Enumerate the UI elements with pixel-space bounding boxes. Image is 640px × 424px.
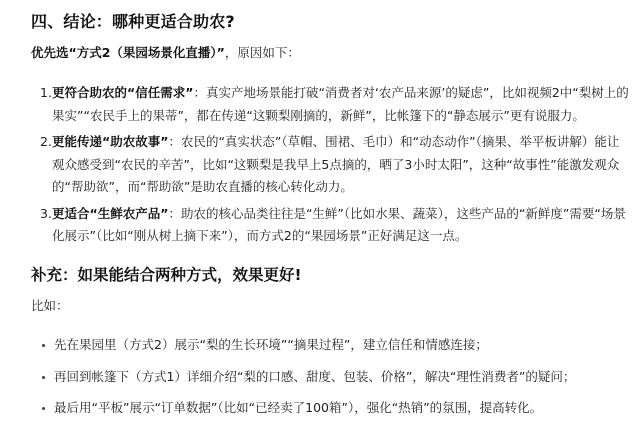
supplement-heading: 补充：如果能结合两种方式，效果更好! xyxy=(31,263,302,285)
bullet-icon xyxy=(42,344,45,347)
lead-paragraph: 优先选“方式2（果园场景化直播）”，原因如下： xyxy=(31,43,300,61)
step-item: 最后用“平板”展示“订单数据”（比如“已经卖了100箱”），强化“热销”的氛围，… xyxy=(40,400,630,416)
step-item: 再回到帐篷下（方式1）详细介绍“梨的口感、甜度、包装、价格”，解决“理性消费者”… xyxy=(40,369,630,385)
reason-item: 1.更符合助农的“信任需求”：真实产地场景能打破“消费者对‘农产品来源’的疑虑”… xyxy=(40,82,630,127)
section-heading: 四、结论：哪种更适合助农? xyxy=(31,9,235,32)
list-number: 2. xyxy=(40,131,52,154)
lead-bold: 优先选“方式2（果园场景化直播）” xyxy=(31,45,225,60)
step-text: 最后用“平板”展示“订单数据”（比如“已经卖了100箱”），强化“热销”的氛围，… xyxy=(54,400,542,415)
steps-list: 先在果园里（方式2）展示“梨的生长环境”“摘果过程”，建立信任和情感连接； 再回… xyxy=(40,337,630,424)
list-number: 3. xyxy=(40,203,52,226)
bullet-icon xyxy=(42,376,45,379)
bullet-icon xyxy=(42,407,45,410)
step-item: 先在果园里（方式2）展示“梨的生长环境”“摘果过程”，建立信任和情感连接； xyxy=(40,337,630,353)
reason-title: 更适合“生鲜农产品” xyxy=(52,206,168,221)
step-text: 先在果园里（方式2）展示“梨的生长环境”“摘果过程”，建立信任和情感连接； xyxy=(54,337,488,352)
document-body: 四、结论：哪种更适合助农? 优先选“方式2（果园场景化直播）”，原因如下： 1.… xyxy=(0,0,640,424)
step-text: 再回到帐篷下（方式1）详细介绍“梨的口感、甜度、包装、价格”，解决“理性消费者”… xyxy=(54,369,575,384)
reason-item: 2.更能传递“助农故事”：农民的“真实状态”（草帽、围裙、毛巾）和“动态动作”（… xyxy=(40,131,630,199)
supplement-intro: 比如： xyxy=(31,296,69,314)
reason-title: 更符合助农的“信任需求” xyxy=(52,85,193,100)
list-number: 1. xyxy=(40,82,52,105)
reasons-list: 1.更符合助农的“信任需求”：真实产地场景能打破“消费者对‘农产品来源’的疑虑”… xyxy=(40,82,630,252)
reason-item: 3.更适合“生鲜农产品”：助农的核心品类往往是“生鲜”（比如水果、蔬菜），这些产… xyxy=(40,203,630,248)
reason-title: 更能传递“助农故事” xyxy=(52,134,168,149)
lead-rest: ，原因如下： xyxy=(225,45,300,60)
